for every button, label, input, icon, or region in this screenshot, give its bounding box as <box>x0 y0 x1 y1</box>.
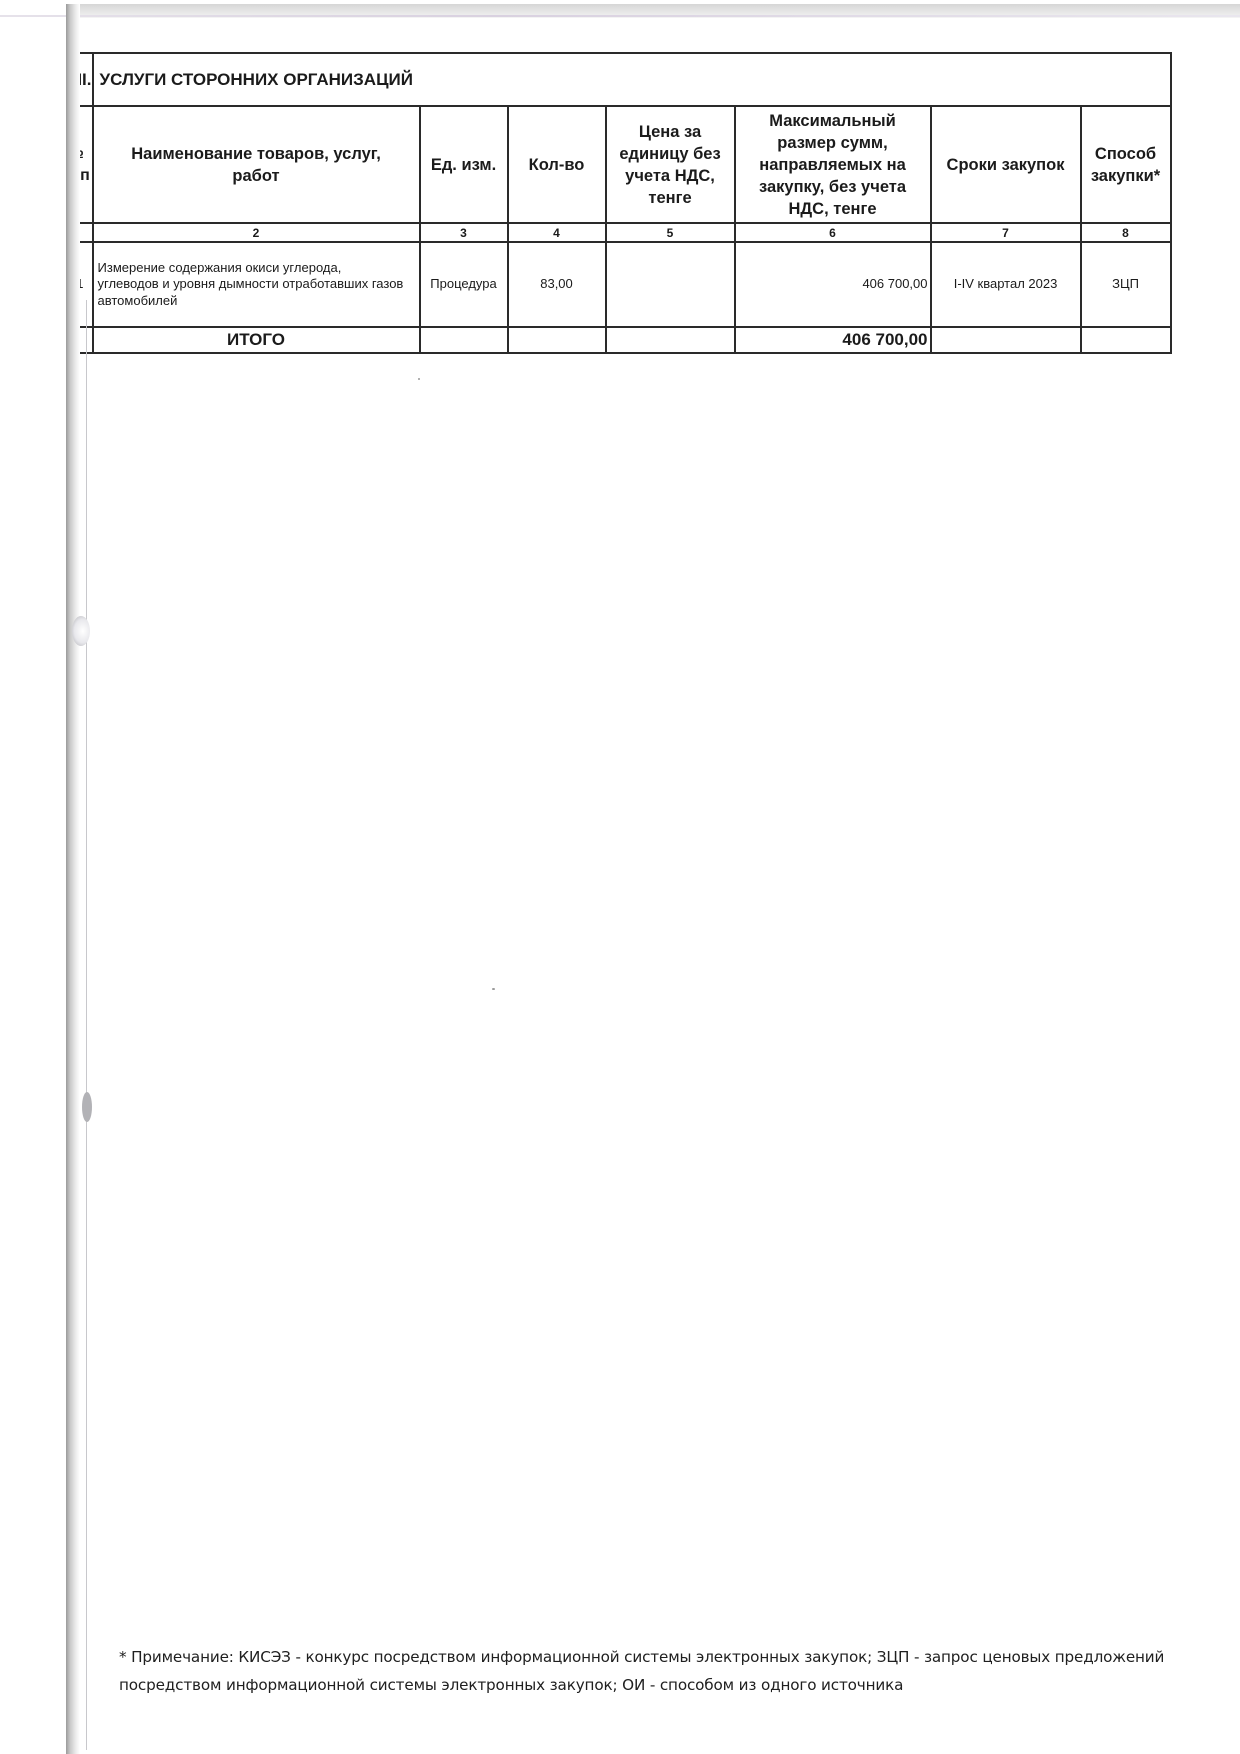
column-number-row: 1 2 3 4 5 6 7 8 <box>66 223 1171 242</box>
section-title: УСЛУГИ СТОРОННИХ ОРГАНИЗАЦИЙ <box>93 53 1171 106</box>
total-label: ИТОГО <box>93 327 420 353</box>
row-name: Измерение содержания окиси углерода, угл… <box>93 242 420 327</box>
row-quantity: 83,00 <box>508 242 606 327</box>
row-unit-price <box>606 242 735 327</box>
scan-speck <box>418 378 420 380</box>
punch-hole <box>82 1092 92 1122</box>
section-row: XII. УСЛУГИ СТОРОННИХ ОРГАНИЗАЦИЙ <box>66 53 1171 106</box>
col-header-unit-price: Цена за единицу без учета НДС, тенге <box>606 106 735 223</box>
total-amount: 406 700,00 <box>735 327 931 353</box>
scan-shadow-left <box>66 4 80 1754</box>
col-header-period: Сроки закупок <box>931 106 1081 223</box>
scan-speck <box>492 988 495 990</box>
total-row: ИТОГО 406 700,00 <box>66 327 1171 353</box>
col-num-4: 4 <box>508 223 606 242</box>
col-header-max-amount: Максимальный размер сумм, направляемых н… <box>735 106 931 223</box>
col-header-name: Наименование товаров, услуг, работ <box>93 106 420 223</box>
row-unit: Процедура <box>420 242 508 327</box>
scan-line-top <box>0 15 1240 17</box>
row-period: I-IV квартал 2023 <box>931 242 1081 327</box>
punch-hole <box>72 616 90 646</box>
col-num-6: 6 <box>735 223 931 242</box>
col-header-unit: Ед. изм. <box>420 106 508 223</box>
col-header-quantity: Кол-во <box>508 106 606 223</box>
row-method: ЗЦП <box>1081 242 1171 327</box>
procurement-table: XII. УСЛУГИ СТОРОННИХ ОРГАНИЗАЦИЙ № п/п … <box>66 52 1172 354</box>
col-num-8: 8 <box>1081 223 1171 242</box>
header-row: № п/п Наименование товаров, услуг, работ… <box>66 106 1171 223</box>
col-num-2: 2 <box>93 223 420 242</box>
total-unit-price-empty <box>606 327 735 353</box>
scan-edge-left <box>86 300 87 1750</box>
col-num-7: 7 <box>931 223 1081 242</box>
total-method-empty <box>1081 327 1171 353</box>
col-num-3: 3 <box>420 223 508 242</box>
total-period-empty <box>931 327 1081 353</box>
total-quantity-empty <box>508 327 606 353</box>
footnote: * Примечание: КИСЭЗ - конкурс посредство… <box>119 1643 1179 1699</box>
table-row: 1 Измерение содержания окиси углерода, у… <box>66 242 1171 327</box>
col-header-method: Способ закупки* <box>1081 106 1171 223</box>
col-num-5: 5 <box>606 223 735 242</box>
total-unit-empty <box>420 327 508 353</box>
row-max-amount: 406 700,00 <box>735 242 931 327</box>
